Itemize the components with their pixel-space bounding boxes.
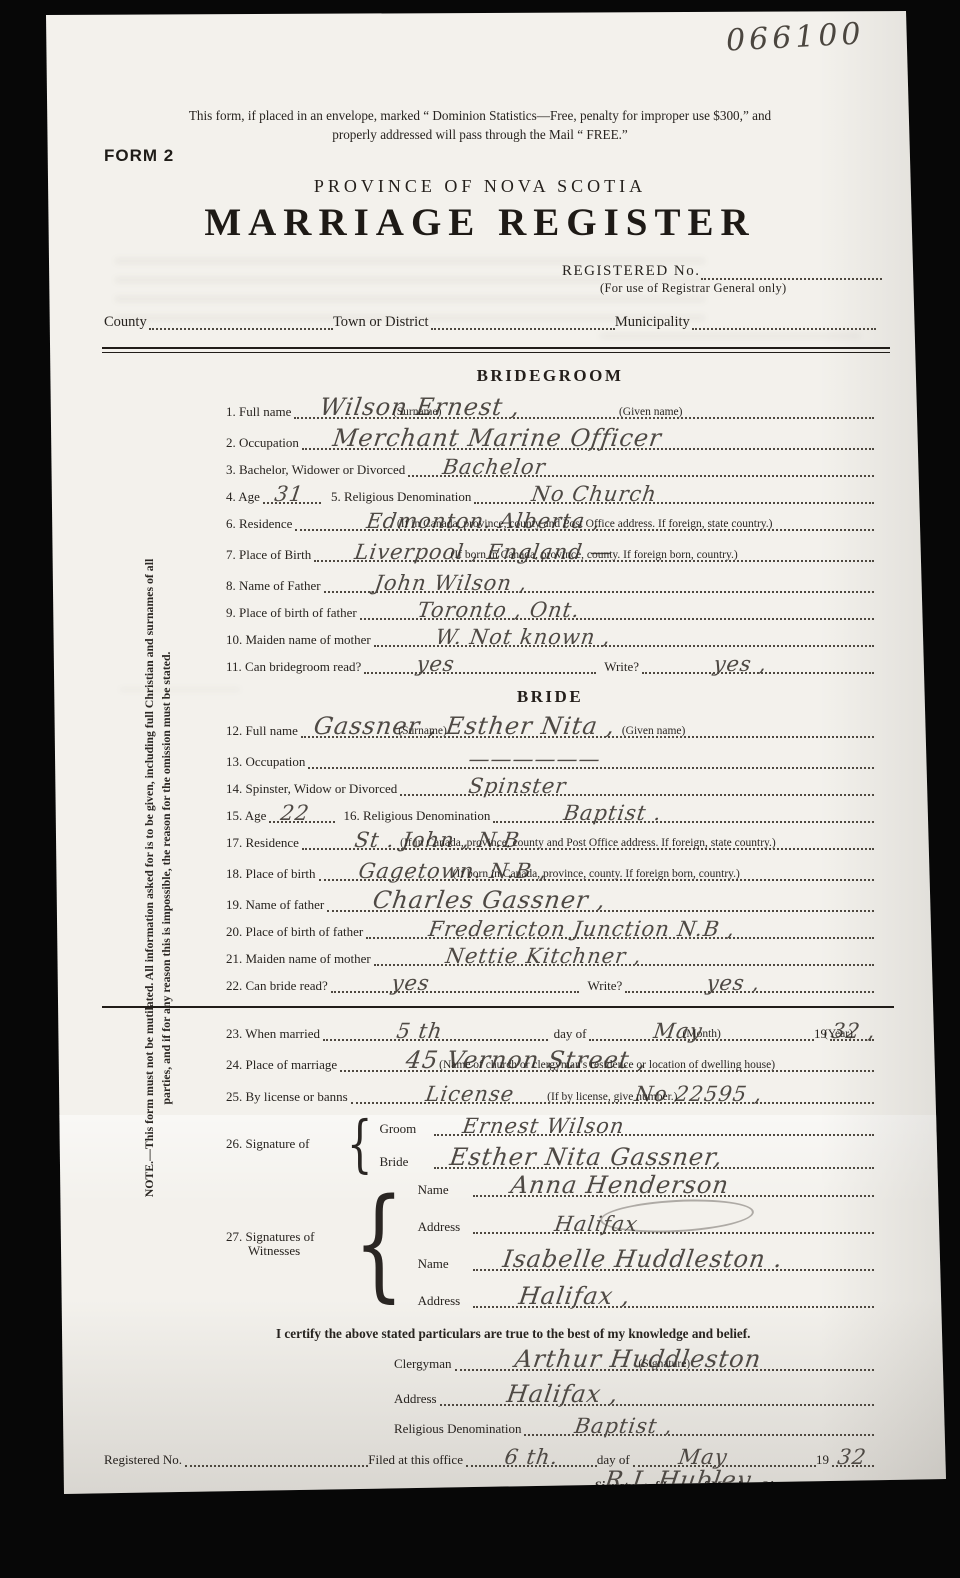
handwritten-value: ——————: [467, 747, 602, 771]
field-23-when-married: 23. When married 5 th day of May (Month)…: [226, 1024, 874, 1041]
field-label: 8. Name of Father: [226, 578, 324, 593]
dotted-line: [431, 314, 615, 330]
field-hint: (If in Canada, province, county and Post…: [397, 518, 773, 530]
field-label: 1. Full name: [226, 404, 294, 419]
field-label: 9. Place of birth of father: [226, 605, 360, 620]
dotted-line: Bachelor: [408, 460, 874, 477]
field-8-father: 8. Name of Father John Wilson ,: [226, 576, 874, 593]
registrar-note: (For use of Registrar General only): [600, 281, 882, 296]
handwritten-value: 31: [273, 482, 305, 506]
dotted-line: Wilson Ernest , (Surname) (Given name): [294, 402, 874, 419]
certification-statement: I certify the above stated particulars a…: [276, 1326, 874, 1342]
handwritten-value: yes: [415, 652, 456, 676]
field-label: 27. Signatures of Witnesses: [226, 1230, 340, 1258]
field-27-witness-signatures: 27. Signatures of Witnesses { Name Anna …: [226, 1180, 874, 1308]
handwritten-value: License: [424, 1082, 516, 1106]
field-label: 17. Residence: [226, 835, 302, 850]
dotted-line: Gassner , Esther Nita , (Surname) (Given…: [301, 721, 874, 738]
handwritten-value: Spinster: [467, 774, 568, 798]
field-26-signatures: 26. Signature of { Groom Ernest Wilson B…: [226, 1116, 874, 1172]
witness2-name-row: Name Isabelle Huddleston .: [418, 1254, 874, 1271]
field-19-father: 19. Name of father Charles Gassner ,: [226, 895, 874, 912]
dotted-line: 31: [263, 487, 321, 504]
witness1-name: Anna Henderson: [509, 1171, 731, 1199]
page-title: MARRIAGE REGISTER: [0, 200, 960, 245]
field-12-full-name: 12. Full name Gassner , Esther Nita , (S…: [226, 721, 874, 738]
dotted-line: Esther Nita Gassner,: [434, 1152, 874, 1169]
paper-page: 066100 This form, if placed in an envelo…: [0, 0, 960, 1578]
form-body: BRIDEGROOM 1. Full name Wilson Ernest , …: [226, 366, 874, 1524]
field-1-full-name: 1. Full name Wilson Ernest , (Surname) (…: [226, 402, 874, 419]
handwritten-value: John Wilson ,: [373, 571, 529, 595]
handwritten-value: 5 th: [395, 1019, 444, 1043]
address-label: Address: [418, 1219, 473, 1234]
field-3-status: 3. Bachelor, Widower or Divorced Bachelo…: [226, 460, 874, 477]
field-hint: (If born in Canada, province, county. If…: [451, 549, 738, 561]
field-15-16-age-denomination: 15. Age 22 16. Religious Denomination Ba…: [226, 806, 874, 823]
see-other-side-note: [SEE OTHER SIDE]: [226, 1514, 874, 1524]
field-label: 6. Residence: [226, 516, 295, 531]
address-label: Address: [418, 1293, 473, 1308]
dotted-line: Liverpool , England — (If born in Canada…: [314, 545, 874, 562]
handwritten-value: Toronto , Ont.: [416, 598, 582, 622]
groom-signature-row: Groom Ernest Wilson: [379, 1119, 874, 1136]
clergyman-address: Halifax ,: [505, 1380, 621, 1408]
field-label: 25. By license or banns: [226, 1089, 351, 1104]
dotted-line: Halifax ,: [473, 1291, 874, 1308]
dotted-line: 32 , (Year): [830, 1024, 874, 1041]
field-13-occupation: 13. Occupation ——————: [226, 752, 874, 769]
scanned-marriage-register: { "corner_number": "066100", "header": {…: [0, 0, 960, 1578]
field-label: 23. When married: [226, 1026, 323, 1041]
field-11-literacy: 11. Can bridegroom read? yes Write? yes …: [226, 657, 874, 674]
location-line: County Town or District Municipality: [104, 314, 876, 330]
signature-sublabel: (Signature): [638, 1358, 690, 1370]
field-24-place-of-marriage: 24. Place of marriage 45 Vernon Street ,…: [226, 1055, 874, 1072]
groom-label: Groom: [379, 1121, 434, 1136]
filed-row: Registered No. Filed at this office 6 th…: [104, 1450, 874, 1467]
name-label: Name: [418, 1182, 473, 1197]
field-label: 21. Maiden name of mother: [226, 951, 374, 966]
handwritten-filed-day: 6 th.: [503, 1445, 560, 1469]
dotted-line: Nettie Kitchner ,: [374, 949, 874, 966]
dotted-line: yes: [331, 976, 580, 993]
field-label: 2. Occupation: [226, 435, 302, 450]
handwritten-value: No Church: [530, 482, 659, 506]
dotted-line: Charles Gassner ,: [327, 895, 874, 912]
dotted-line: Isabelle Huddleston .: [473, 1254, 874, 1271]
day-of-label: day of: [548, 1026, 590, 1041]
dotted-line: Spinster: [400, 779, 874, 796]
mail-notice-line1: This form, if placed in an envelope, mar…: [0, 106, 960, 125]
handwritten-value: yes ,: [705, 971, 762, 995]
handwritten-value: Baptist .: [562, 801, 663, 825]
witness1-name-row: Name Anna Henderson: [418, 1180, 874, 1197]
field-label: 14. Spinster, Widow or Divorced: [226, 781, 400, 796]
dotted-line: [692, 314, 876, 330]
municipality-label: Municipality: [615, 315, 692, 330]
dotted-line: Edmonton. Alberta , (If in Canada, provi…: [295, 514, 874, 531]
dotted-line: Merchant Marine Officer: [302, 433, 874, 450]
field-hint: (If by license, give number.): [547, 1091, 677, 1103]
side-note: NOTE.—This form must not be mutilated. A…: [141, 552, 175, 1204]
witnesses-label-line2: Witnesses: [226, 1243, 300, 1258]
field-20-father-birthplace: 20. Place of birth of father Fredericton…: [226, 922, 874, 939]
surname-sublabel: (Surname): [398, 725, 447, 737]
dotted-line: Fredericton Junction N.B ,: [366, 922, 874, 939]
dotted-line: 32: [832, 1450, 874, 1467]
field-label: 10. Maiden name of mother: [226, 632, 374, 647]
dotted-line: 45 Vernon Street , (Name of church or cl…: [340, 1055, 874, 1072]
handwritten-value: Fredericton Junction N.B ,: [427, 917, 737, 941]
field-hint: (If born in Canada, province, county. If…: [453, 868, 740, 880]
field-label: 26. Signature of: [226, 1137, 340, 1151]
field-label: 4. Age: [226, 489, 263, 504]
registered-no-label: REGISTERED No.: [562, 263, 701, 280]
brace-glyph: {: [347, 1116, 373, 1172]
given-name-sublabel: (Given name): [622, 725, 686, 737]
given-name-sublabel: (Given name): [619, 406, 683, 418]
handwritten-value: Gassner , Esther Nita ,: [312, 712, 617, 740]
field-hint: (If in Canada, province, county and Post…: [400, 837, 776, 849]
year-sublabel: (Year): [824, 1028, 853, 1040]
field-25-license-or-banns: 25. By license or banns License No 22595…: [226, 1087, 874, 1104]
field-label: 24. Place of marriage: [226, 1057, 340, 1072]
field-label: 11. Can bridegroom read?: [226, 659, 364, 674]
field-label: 18. Place of birth: [226, 866, 319, 881]
handwritten-value: W. Not known ,: [434, 625, 613, 649]
dotted-line: [185, 1450, 368, 1467]
dotted-line: May: [633, 1450, 816, 1467]
handwritten-value: 22: [279, 801, 311, 825]
dotted-line: License No 22595 , (If by license, give …: [351, 1087, 874, 1104]
dotted-line: 5 th: [323, 1024, 548, 1041]
name-label: Name: [418, 1256, 473, 1271]
handwritten-value: yes ,: [712, 652, 769, 676]
handwritten-value: yes: [390, 971, 431, 995]
write-label: Write?: [596, 659, 642, 674]
dotted-line: Arthur Huddleston (Signature): [455, 1354, 874, 1371]
clergyman-denomination: Baptist ,: [573, 1414, 674, 1438]
handwritten-value: Bachelor: [441, 455, 547, 479]
dotted-line: May (Month): [589, 1024, 814, 1041]
dotted-line: 22: [269, 806, 335, 823]
witnesses-label-line1: 27. Signatures of: [226, 1229, 314, 1244]
section-divider: [102, 347, 890, 353]
province-heading: PROVINCE OF NOVA SCOTIA: [0, 176, 960, 197]
bleed-through-artifact: [120, 688, 240, 704]
day-of-label: day of: [597, 1452, 633, 1467]
dotted-line: Baptist ,: [524, 1419, 874, 1436]
address-label: Address: [394, 1391, 440, 1406]
dotted-line: yes ,: [642, 657, 874, 674]
handwritten-value: Merchant Marine Officer: [331, 424, 664, 452]
issuer-sublabel: Signature of Issuer of Marriage Licence.: [594, 1479, 805, 1494]
field-label: 7. Place of Birth: [226, 547, 314, 562]
groom-signature: Ernest Wilson: [461, 1114, 626, 1138]
clergyman-row: Clergyman Arthur Huddleston (Signature): [394, 1354, 874, 1371]
bridegroom-heading: BRIDEGROOM: [226, 366, 874, 386]
dotted-line: Gagetown. N.B , (If born in Canada, prov…: [319, 864, 874, 881]
clergyman-denomination-row: Religious Denomination Baptist ,: [394, 1419, 874, 1436]
witness2-name: Isabelle Huddleston .: [501, 1245, 785, 1273]
field-label: 22. Can bride read?: [226, 978, 331, 993]
mail-notice: This form, if placed in an envelope, mar…: [0, 106, 960, 144]
field-hint: (Name of church or clergyman's residence…: [439, 1059, 775, 1071]
dotted-line: W. Not known ,: [374, 630, 874, 647]
registered-no-label: Registered No.: [104, 1452, 185, 1467]
field-label: 13. Occupation: [226, 754, 308, 769]
bride-signature: Esther Nita Gassner,: [448, 1143, 725, 1171]
field-4-5-age-denomination: 4. Age 31 5. Religious Denomination No C…: [226, 487, 874, 504]
dotted-line: St . John , N.B (If in Canada, province,…: [302, 833, 874, 850]
dotted-line: 6 th.: [466, 1450, 597, 1467]
field-label: 5. Religious Denomination: [321, 489, 474, 504]
county-label: County: [104, 315, 149, 330]
dotted-line: [701, 264, 883, 280]
field-label: 12. Full name: [226, 723, 301, 738]
witness2-address: Halifax ,: [517, 1282, 633, 1310]
field-label: 20. Place of birth of father: [226, 924, 366, 939]
form-number-label: FORM 2: [104, 146, 174, 166]
handwritten-filed-year: 32: [836, 1445, 868, 1469]
field-6-residence: 6. Residence Edmonton. Alberta , (If in …: [226, 514, 874, 531]
stamped-file-number: 066100: [725, 16, 865, 58]
field-22-literacy: 22. Can bride read? yes Write? yes ,: [226, 976, 874, 993]
field-10-mother: 10. Maiden name of mother W. Not known ,: [226, 630, 874, 647]
month-sublabel: (Month): [683, 1028, 721, 1040]
dotted-line: No Church: [474, 487, 874, 504]
field-21-mother: 21. Maiden name of mother Nettie Kitchne…: [226, 949, 874, 966]
dotted-line: Ernest Wilson: [434, 1119, 874, 1136]
field-label: 15. Age: [226, 808, 269, 823]
dotted-line: Halifax ,: [440, 1389, 874, 1406]
dotted-line: yes ,: [625, 976, 874, 993]
field-label: 16. Religious Denomination: [335, 808, 493, 823]
dotted-line: Baptist .: [493, 806, 874, 823]
write-label: Write?: [579, 978, 625, 993]
brace-glyph: {: [354, 1189, 404, 1299]
section-divider: [102, 1006, 894, 1008]
handwritten-value: Nettie Kitchner ,: [444, 944, 643, 968]
bride-label: Bride: [379, 1154, 434, 1169]
issuer-signature-row: R L Hubley Signature of Issuer of Marria…: [226, 1475, 874, 1492]
surname-sublabel: (Surname): [393, 406, 442, 418]
field-label: 3. Bachelor, Widower or Divorced: [226, 462, 408, 477]
field-2-occupation: 2. Occupation Merchant Marine Officer: [226, 433, 874, 450]
bride-signature-row: Bride Esther Nita Gassner,: [379, 1152, 874, 1169]
dotted-line: ——————: [308, 752, 874, 769]
handwritten-value: Charles Gassner ,: [371, 886, 608, 914]
bride-heading: BRIDE: [226, 687, 874, 707]
town-label: Town or District: [333, 315, 431, 330]
registered-no-block: REGISTERED No. (For use of Registrar Gen…: [562, 263, 882, 296]
dotted-line: [149, 314, 333, 330]
field-label: 19. Name of father: [226, 897, 327, 912]
dotted-line: Anna Henderson: [473, 1180, 874, 1197]
field-9-father-birthplace: 9. Place of birth of father Toronto , On…: [226, 603, 874, 620]
clergyman-address-row: Address Halifax ,: [394, 1389, 874, 1406]
mail-notice-line2: properly addressed will pass through the…: [0, 125, 960, 144]
field-17-residence: 17. Residence St . John , N.B (If in Can…: [226, 833, 874, 850]
filed-label: Filed at this office: [368, 1452, 466, 1467]
denomination-label: Religious Denomination: [394, 1421, 524, 1436]
field-18-birthplace: 18. Place of birth Gagetown. N.B , (If b…: [226, 864, 874, 881]
dotted-line: John Wilson ,: [324, 576, 874, 593]
year-prefix: 19: [816, 1452, 832, 1467]
dotted-line: yes: [364, 657, 596, 674]
clergyman-label: Clergyman: [394, 1356, 455, 1371]
dotted-line: R L Hubley Signature of Issuer of Marria…: [526, 1475, 874, 1492]
field-7-birthplace: 7. Place of Birth Liverpool , England — …: [226, 545, 874, 562]
witness2-address-row: Address Halifax ,: [418, 1291, 874, 1308]
field-14-status: 14. Spinster, Widow or Divorced Spinster: [226, 779, 874, 796]
dotted-line: Toronto , Ont.: [360, 603, 874, 620]
